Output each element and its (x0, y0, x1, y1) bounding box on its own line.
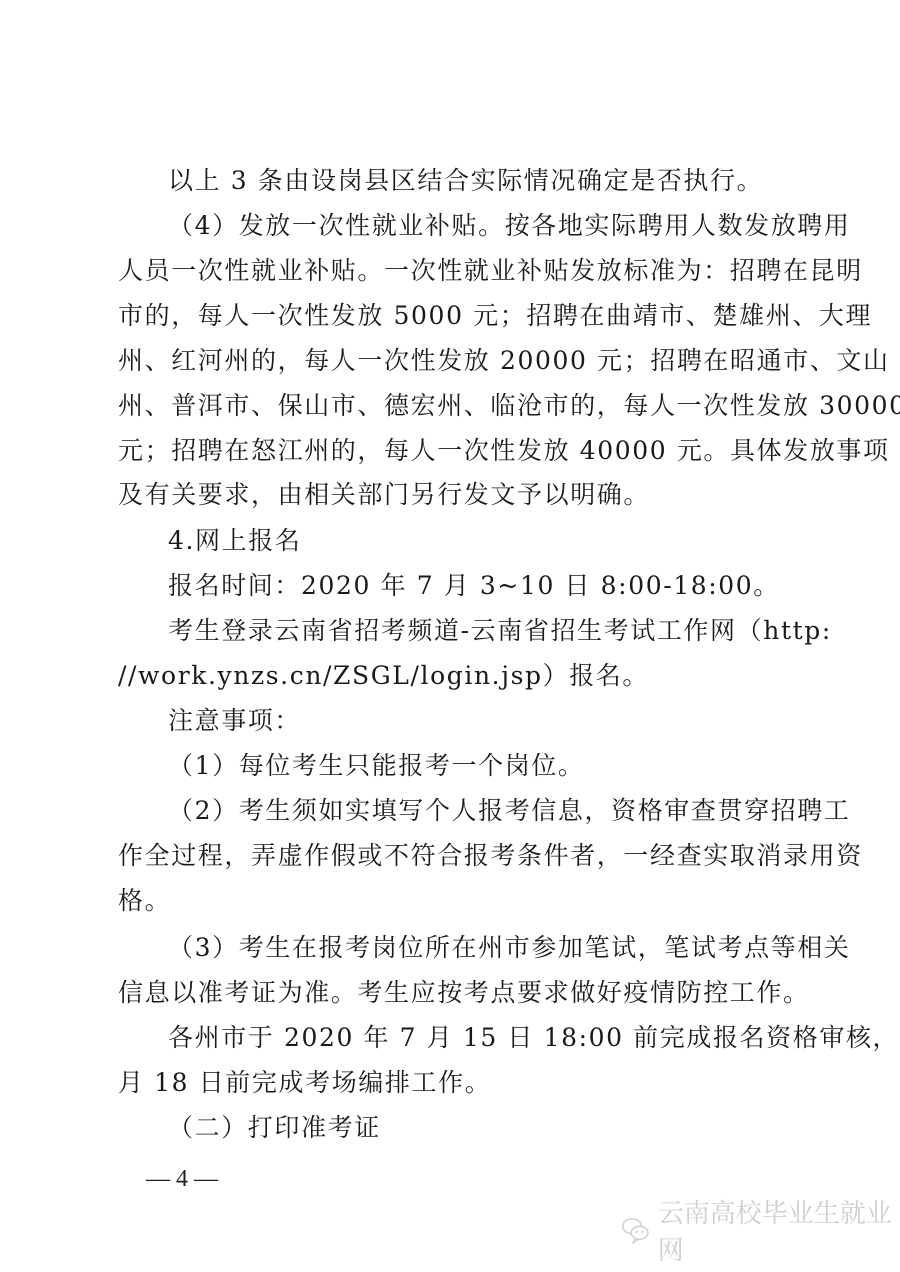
section-heading: （二）打印准考证 (168, 1113, 798, 1143)
paragraph-line: 元；招聘在怒江州的，每人一次性发放 40000 元。具体发放事项 (118, 436, 798, 466)
paragraph-line: 格。 (118, 886, 798, 916)
paragraph-line: 各州市于 2020 年 7 月 15 日 18:00 前完成报名资格审核，7 (168, 1023, 798, 1053)
paragraph-line: 市的，每人一次性发放 5000 元；招聘在曲靖市、楚雄州、大理 (118, 301, 798, 331)
paragraph-line: 报名时间：2020 年 7 月 3~10 日 8:00-18:00。 (168, 571, 798, 601)
notes-heading: 注意事项： (168, 706, 798, 736)
paragraph-line: 人员一次性就业补贴。一次性就业补贴发放标准为：招聘在昆明 (118, 256, 798, 286)
watermark: 云南高校毕业生就业网 (620, 1212, 900, 1248)
paragraph-line: 月 18 日前完成考场编排工作。 (118, 1068, 798, 1098)
watermark-text: 云南高校毕业生就业网 (658, 1193, 900, 1267)
paragraph-line: 州、普洱市、保山市、德宏州、临沧市的，每人一次性发放 30000 (118, 391, 798, 421)
paragraph-line: （4）发放一次性就业补贴。按各地实际聘用人数发放聘用 (168, 211, 798, 241)
wechat-icon (620, 1213, 652, 1247)
paragraph-line: 考生登录云南省招考频道-云南省招生考试工作网（http: (168, 616, 798, 646)
paragraph-line: 以上 3 条由设岗县区结合实际情况确定是否执行。 (168, 166, 798, 196)
paragraph-line: 及有关要求，由相关部门另行发文予以明确。 (118, 480, 798, 510)
paragraph-line: 州、红河州的，每人一次性发放 20000 元；招聘在昭通市、文山 (118, 346, 798, 376)
paragraph-line: （1）每位考生只能报考一个岗位。 (168, 751, 798, 781)
paragraph-line: 作全过程，弄虚作假或不符合报考条件者，一经查实取消录用资 (118, 841, 798, 871)
paragraph-line: （3）考生在报考岗位所在州市参加笔试，笔试考点等相关 (168, 933, 798, 963)
paragraph-line: （2）考生须如实填写个人报考信息，资格审查贯穿招聘工 (168, 796, 798, 826)
registration-url-line: //work.ynzs.cn/ZSGL/login.jsp）报名。 (118, 661, 798, 691)
paragraph-line: 信息以准考证为准。考生应按考点要求做好疫情防控工作。 (118, 978, 798, 1008)
page-number: — 4 — (146, 1164, 218, 1194)
section-heading: 4.网上报名 (168, 526, 798, 556)
document-page: 以上 3 条由设岗县区结合实际情况确定是否执行。 （4）发放一次性就业补贴。按各… (0, 0, 900, 1272)
